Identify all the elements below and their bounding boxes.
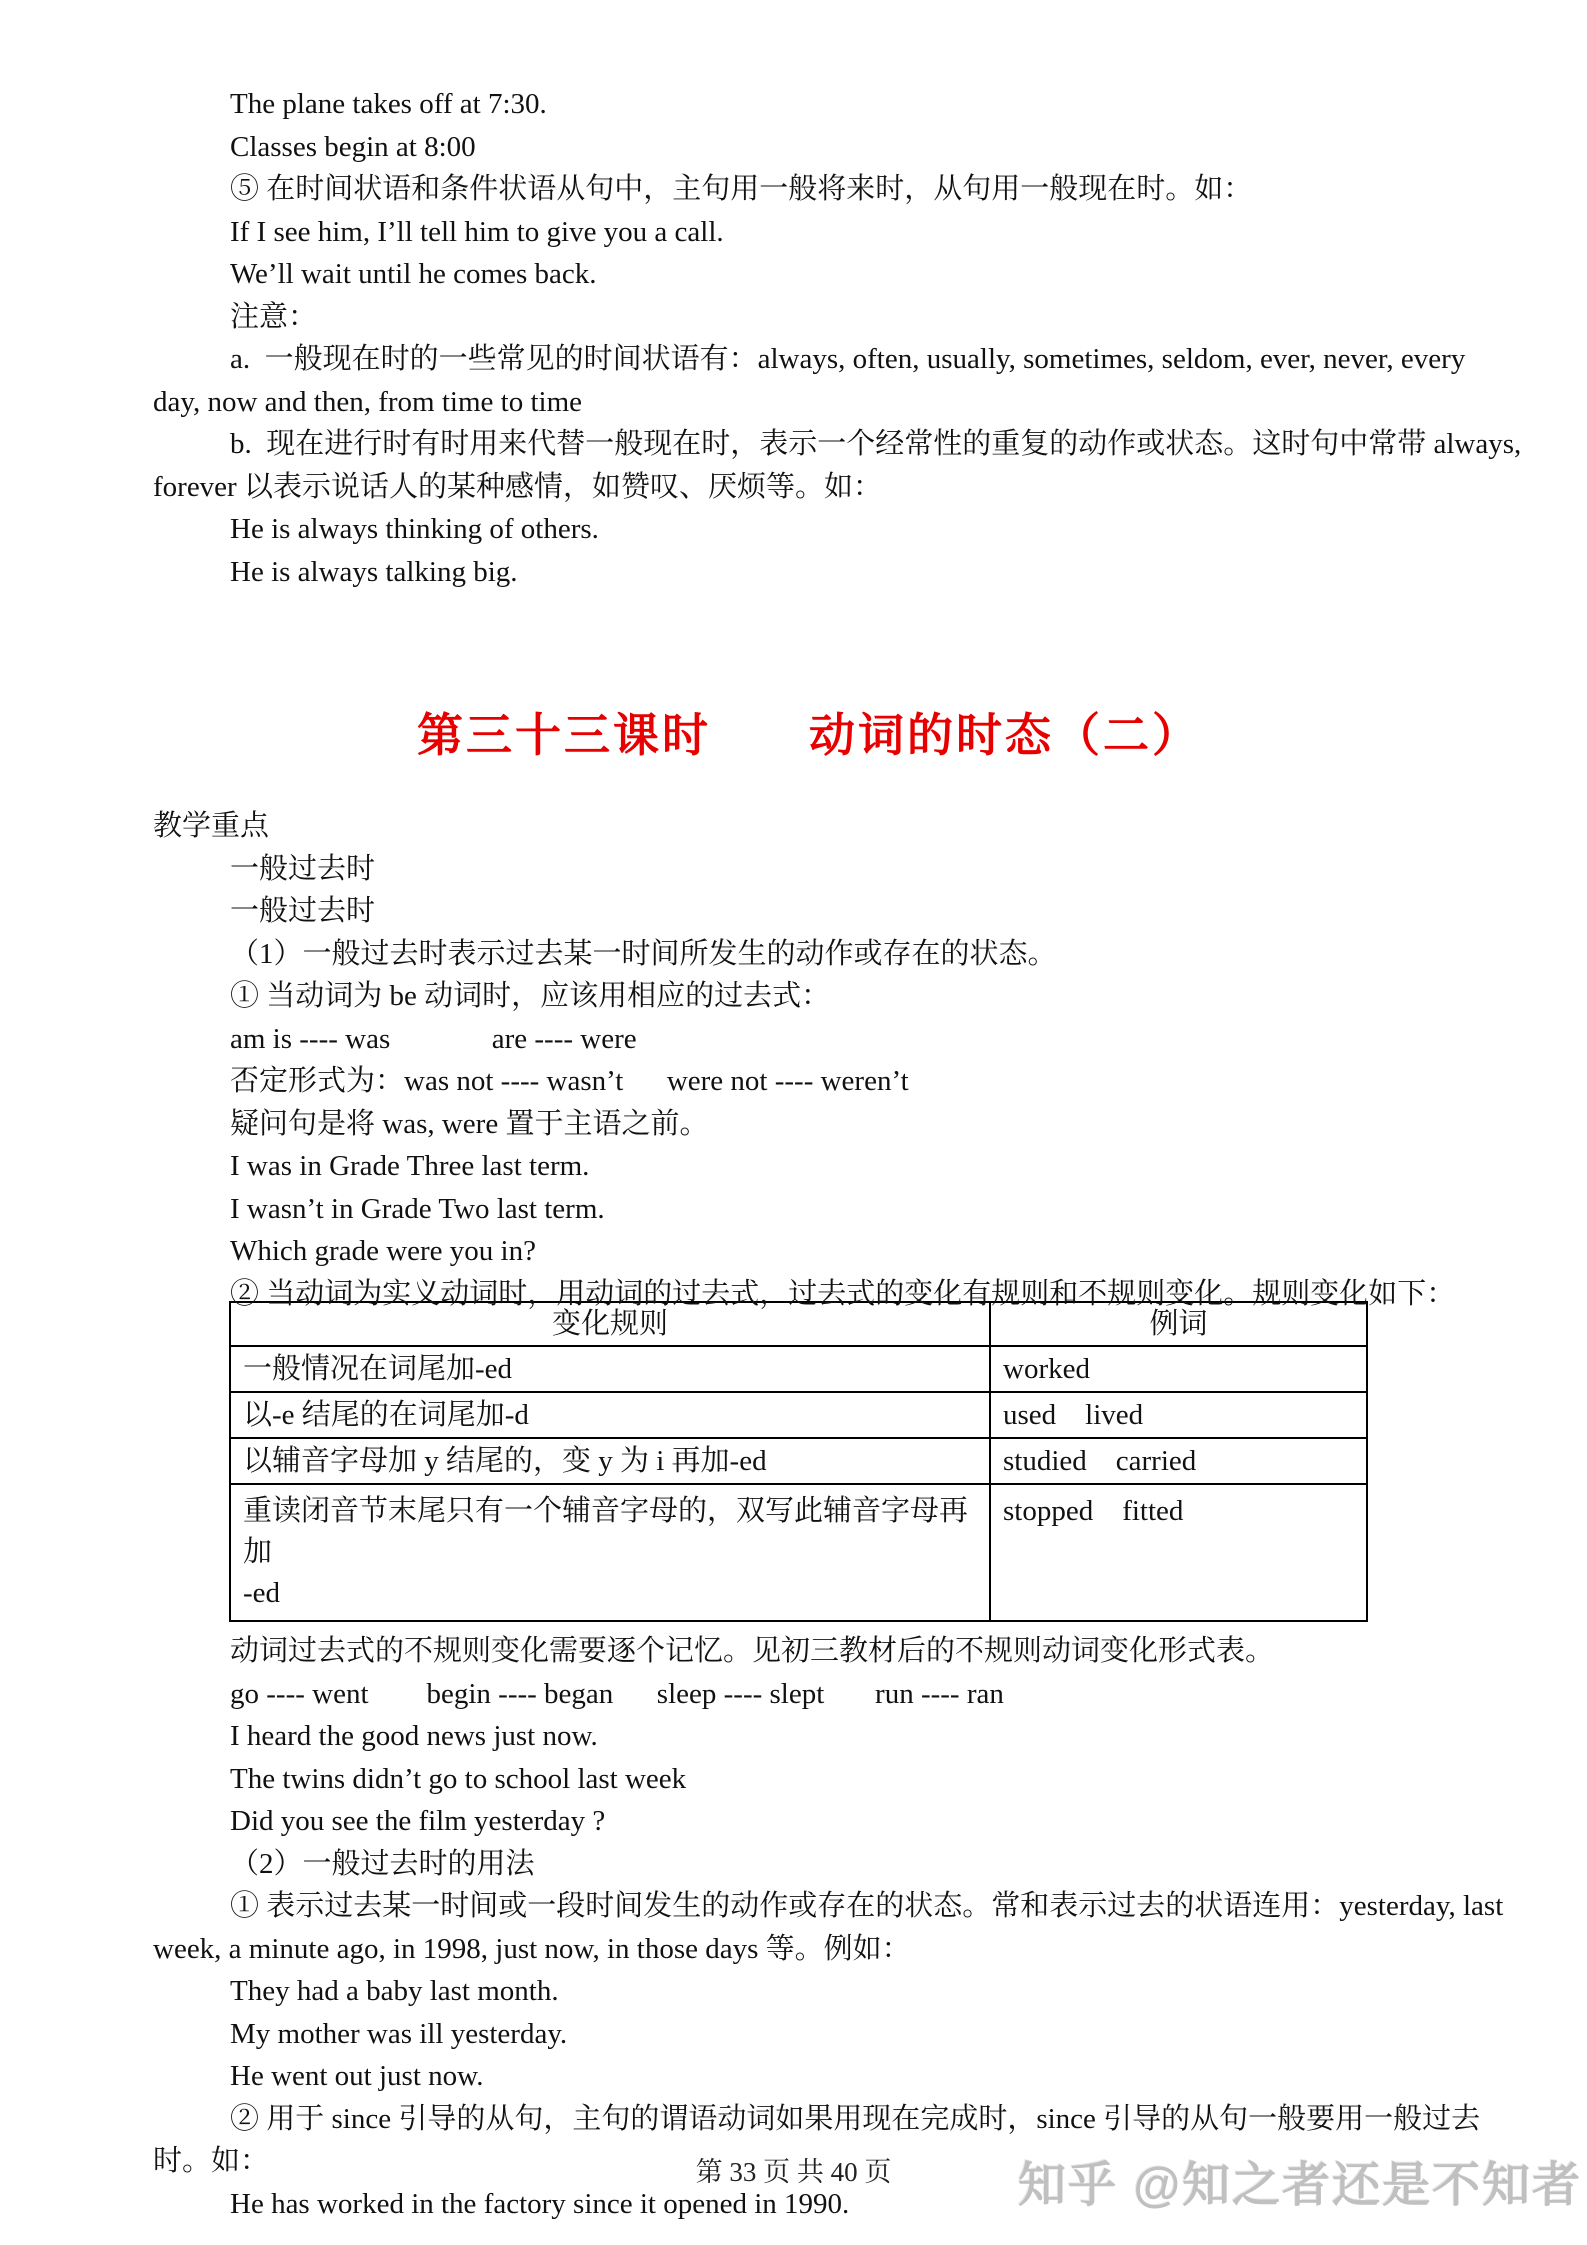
text-line: 否定形式为：was not ---- wasn’t were not ---- … (153, 1060, 1465, 1103)
text-line: 教学重点 (153, 805, 1465, 848)
text-line: I wasn’t in Grade Two last term. (153, 1188, 1465, 1231)
text-line: We’ll wait until he comes back. (153, 253, 1465, 296)
text-line: 疑问句是将 was, were 置于主语之前。 (153, 1103, 1465, 1146)
text-line: week, a minute ago, in 1998, just now, i… (153, 1928, 1465, 1971)
text-line: forever 以表示说话人的某种感情，如赞叹、厌烦等。如： (153, 466, 1465, 509)
text-line: 一般过去时 (153, 890, 1465, 933)
text-line: a. 一般现在时的一些常见的时间状语有：always, often, usual… (153, 338, 1465, 381)
text-line: They had a baby last month. (153, 1970, 1465, 2013)
text-line: day, now and then, from time to time (153, 381, 1465, 424)
text-line: I was in Grade Three last term. (153, 1145, 1465, 1188)
text-line: b. 现在进行时有时用来代替一般现在时，表示一个经常性的重复的动作或状态。这时句… (153, 423, 1465, 466)
examples-cell: used lived (990, 1392, 1367, 1438)
lesson-title: 第三十三课时 动词的时态（二） (153, 705, 1465, 767)
table-row: 以辅音字母加 y 结尾的，变 y 为 i 再加-edstudied carrie… (230, 1438, 1367, 1484)
usage-section: 动词过去式的不规则变化需要逐个记忆。见初三教材后的不规则动词变化形式表。go -… (153, 1630, 1465, 2225)
table-row: 一般情况在词尾加-edworked (230, 1346, 1367, 1392)
rule-cell: 以辅音字母加 y 结尾的，变 y 为 i 再加-ed (230, 1438, 990, 1484)
text-line: Which grade were you in? (153, 1230, 1465, 1273)
text-line: ① 当动词为 be 动词时，应该用相应的过去式： (153, 975, 1465, 1018)
text-line: 一般过去时 (153, 848, 1465, 891)
text-line: go ---- went begin ---- began sleep ----… (153, 1673, 1465, 1716)
text-line: He is always talking big. (153, 551, 1465, 594)
intro-section: The plane takes off at 7:30.Classes begi… (153, 83, 1465, 593)
text-line: The twins didn’t go to school last week (153, 1758, 1465, 1801)
text-line: He went out just now. (153, 2055, 1465, 2098)
text-line: I heard the good news just now. (153, 1715, 1465, 1758)
text-line: （1）一般过去时表示过去某一时间所发生的动作或存在的状态。 (153, 933, 1465, 976)
text-line: 注意： (153, 296, 1465, 339)
table-row: 重读闭音节末尾只有一个辅音字母的，双写此辅音字母再加 -edstopped fi… (230, 1484, 1367, 1621)
text-line: The plane takes off at 7:30. (153, 83, 1465, 126)
examples-cell: worked (990, 1346, 1367, 1392)
examples-cell: stopped fitted (990, 1484, 1367, 1621)
rule-cell: 重读闭音节末尾只有一个辅音字母的，双写此辅音字母再加 -ed (230, 1484, 990, 1621)
text-line: ① 表示过去某一时间或一段时间发生的动作或存在的状态。常和表示过去的状语连用：y… (153, 1885, 1465, 1928)
text-line: ② 当动词为实义动词时，用动词的过去式，过去式的变化有规则和不规则变化。规则变化… (153, 1273, 1465, 1316)
document-content: The plane takes off at 7:30.Classes begi… (153, 83, 1465, 2225)
text-line: Classes begin at 8:00 (153, 126, 1465, 169)
rule-cell: 以-e 结尾的在词尾加-d (230, 1392, 990, 1438)
text-line: am is ---- was are ---- were (153, 1018, 1465, 1061)
text-line: My mother was ill yesterday. (153, 2013, 1465, 2056)
watermark: 知乎 @知之者还是不知者 (1018, 2160, 1582, 2212)
past-tense-rules-table: 变化规则 例词 一般情况在词尾加-edworked以-e 结尾的在词尾加-dus… (229, 1301, 1368, 1622)
text-line: He is always thinking of others. (153, 508, 1465, 551)
text-line: （2）一般过去时的用法 (153, 1843, 1465, 1886)
text-line: If I see him, I’ll tell him to give you … (153, 211, 1465, 254)
text-line: 动词过去式的不规则变化需要逐个记忆。见初三教材后的不规则动词变化形式表。 (153, 1630, 1465, 1673)
text-line: ② 用于 since 引导的从句，主句的谓语动词如果用现在完成时，since 引… (153, 2098, 1465, 2141)
document-page: The plane takes off at 7:30.Classes begi… (0, 0, 1587, 2245)
text-line: Did you see the film yesterday ? (153, 1800, 1465, 1843)
text-line: ⑤ 在时间状语和条件状语从句中，主句用一般将来时，从句用一般现在时。如： (153, 168, 1465, 211)
table-row: 以-e 结尾的在词尾加-dused lived (230, 1392, 1367, 1438)
examples-cell: studied carried (990, 1438, 1367, 1484)
rule-cell: 一般情况在词尾加-ed (230, 1346, 990, 1392)
teaching-points-section: 教学重点一般过去时一般过去时（1）一般过去时表示过去某一时间所发生的动作或存在的… (153, 805, 1465, 1315)
